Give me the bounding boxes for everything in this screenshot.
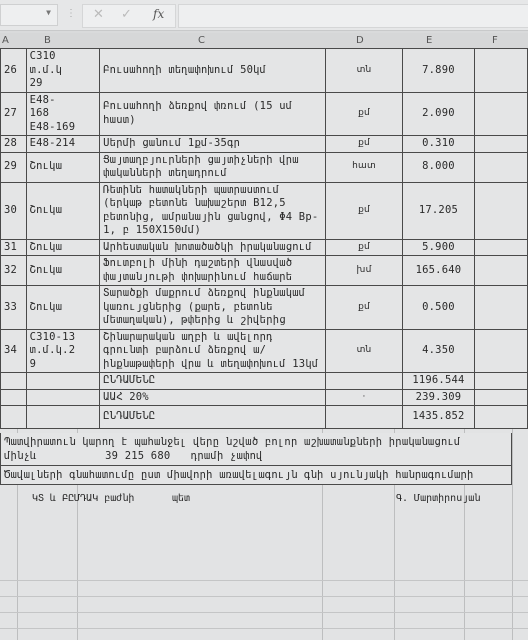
row-description[interactable]: Սերմի ցանում 1քմ-35գր — [100, 136, 326, 153]
table-row: 30ՇուկաՌետինե հատակների պատրաստում (երկա… — [1, 182, 528, 239]
column-header-d[interactable]: D — [356, 35, 364, 46]
total-row: ԸՆԴԱՄԵՆԸ1196.544 — [1, 373, 528, 390]
row-number[interactable]: 31 — [1, 239, 27, 256]
estimate-table: 26C310 տ.մ.կ 29Բուսահողի տեղափոխում 50կմ… — [0, 48, 528, 429]
row-number[interactable]: 29 — [1, 152, 27, 182]
note-line-3: Ծավալների գնահատումը ըստ միավորի առավելա… — [4, 468, 508, 482]
note-line-1: Պատվիրատուն կարող է պահանջել վերը նշված … — [4, 435, 508, 449]
total-row: ԸՆԴԱՄԵՆԸ1435.852 — [1, 406, 528, 429]
row-f-cell[interactable] — [474, 373, 527, 390]
row-description[interactable]: Ռետինե հատակների պատրաստում (երկաթ բետոն… — [100, 182, 326, 239]
formula-buttons: ✕ ✓ fx — [82, 4, 176, 28]
row-f-cell[interactable] — [474, 329, 527, 373]
row-f-cell[interactable] — [474, 286, 527, 330]
row-code[interactable]: Շուկա — [26, 182, 100, 239]
signature-name: Գ. Մարտիրոսյան — [396, 493, 480, 504]
row-f-cell[interactable] — [474, 256, 527, 286]
column-header-a[interactable]: A — [2, 35, 9, 46]
row-quantity[interactable]: 17.205 — [403, 182, 475, 239]
row-description[interactable]: Բուսահողի ձեռքով փռում (15 սմ հաստ) — [100, 92, 326, 136]
chevron-down-icon[interactable]: ▼ — [46, 8, 51, 17]
row-number[interactable]: 26 — [1, 49, 27, 93]
signature-department: ԿՏ և ԲԸՄԴԱԿ բաժնի — [32, 493, 134, 504]
notes: Պատվիրատուն կարող է պահանջել վերը նշված … — [0, 433, 512, 485]
row-unit[interactable]: քմ — [325, 182, 402, 239]
row-code[interactable]: E48-214 — [26, 136, 100, 153]
row-unit[interactable]: խմ — [325, 256, 402, 286]
row-code[interactable]: Շուկա — [26, 152, 100, 182]
signature-row: ԿՏ և ԲԸՄԴԱԿ բաժնի պետ Գ. Մարտիրոսյան — [0, 485, 512, 511]
total-row: ԱԱՀ 20%·239.309 — [1, 389, 528, 406]
row-unit[interactable]: տն — [325, 329, 402, 373]
note-line-2-prefix: մինչև — [4, 450, 37, 462]
row-f-cell[interactable] — [474, 182, 527, 239]
row-description[interactable]: Տարածքի մաքրում ձեռքով ինքնակամ կառույցն… — [100, 286, 326, 330]
table-row: 27E48- 168 E48-169Բուսահողի ձեռքով փռում… — [1, 92, 528, 136]
row-code[interactable]: Շուկա — [26, 286, 100, 330]
table-row: 31ՇուկաԱրհեստական խոտածածկի իրականացումք… — [1, 239, 528, 256]
total-label[interactable]: ԸՆԴԱՄԵՆԸ — [100, 406, 326, 429]
row-code[interactable]: Շուկա — [26, 256, 100, 286]
total-value[interactable]: 1435.852 — [403, 406, 475, 429]
cancel-icon[interactable]: ✕ — [93, 7, 104, 22]
name-box[interactable]: ▼ — [0, 4, 58, 26]
row-number[interactable]: 33 — [1, 286, 27, 330]
total-unit[interactable] — [325, 406, 402, 429]
row-number[interactable] — [1, 373, 27, 390]
row-unit[interactable]: քմ — [325, 92, 402, 136]
row-unit[interactable]: տն — [325, 49, 402, 93]
row-unit[interactable]: հատ — [325, 152, 402, 182]
row-f-cell[interactable] — [474, 406, 527, 429]
row-f-cell[interactable] — [474, 239, 527, 256]
row-quantity[interactable]: 2.090 — [403, 92, 475, 136]
row-f-cell[interactable] — [474, 152, 527, 182]
note-volume: Ծավալների գնահատումը ըստ միավորի առավելա… — [0, 466, 512, 485]
row-quantity[interactable]: 5.900 — [403, 239, 475, 256]
row-number[interactable] — [1, 406, 27, 429]
row-f-cell[interactable] — [474, 49, 527, 93]
row-f-cell[interactable] — [474, 92, 527, 136]
row-number[interactable]: 27 — [1, 92, 27, 136]
row-number[interactable]: 30 — [1, 182, 27, 239]
table-row: 28E48-214Սերմի ցանում 1քմ-35գրքմ0.310 — [1, 136, 528, 153]
column-header-b[interactable]: B — [44, 35, 51, 46]
row-description[interactable]: Բուսահողի տեղափոխում 50կմ — [100, 49, 326, 93]
row-quantity[interactable]: 7.890 — [403, 49, 475, 93]
table-row: 26C310 տ.մ.կ 29Բուսահողի տեղափոխում 50կմ… — [1, 49, 528, 93]
row-quantity[interactable]: 8.000 — [403, 152, 475, 182]
enter-icon[interactable]: ✓ — [121, 7, 132, 22]
row-code[interactable] — [26, 389, 100, 406]
note-currency: դրամի չափով — [191, 450, 263, 462]
row-unit[interactable]: քմ — [325, 136, 402, 153]
row-quantity[interactable]: 165.640 — [403, 256, 475, 286]
separator-icon: ⋮ — [66, 8, 76, 19]
note-amount: 39 215 680 — [105, 450, 170, 462]
row-description[interactable]: Շինարարական աղբի և ավելորդ գրունտի բարձո… — [100, 329, 326, 373]
table-row: 29ՇուկաՑայտաղբյուրների ցայտիչների վրա փա… — [1, 152, 528, 182]
row-code[interactable]: C310 տ.մ.կ 29 — [26, 49, 100, 93]
row-code[interactable]: Շուկա — [26, 239, 100, 256]
row-number[interactable] — [1, 389, 27, 406]
row-description[interactable]: Արհեստական խոտածածկի իրականացում — [100, 239, 326, 256]
note-authority: Պատվիրատուն կարող է պահանջել վերը նշված … — [0, 433, 512, 466]
row-number[interactable]: 34 — [1, 329, 27, 373]
spreadsheet-grid[interactable]: 26C310 տ.մ.կ 29Բուսահողի տեղափոխում 50կմ… — [0, 48, 528, 640]
row-code[interactable] — [26, 373, 100, 390]
total-unit[interactable]: · — [325, 389, 402, 406]
row-f-cell[interactable] — [474, 136, 527, 153]
row-description[interactable]: Ցայտաղբյուրների ցայտիչների վրա փականների… — [100, 152, 326, 182]
table-row: 33ՇուկաՏարածքի մաքրում ձեռքով ինքնակամ կ… — [1, 286, 528, 330]
column-headers: A B C D E F — [0, 33, 528, 48]
table-row: 34C310-13 տ.մ.կ.2 9Շինարարական աղբի և ավ… — [1, 329, 528, 373]
total-value[interactable]: 1196.544 — [403, 373, 475, 390]
total-label[interactable]: ԱԱՀ 20% — [100, 389, 326, 406]
row-f-cell[interactable] — [474, 389, 527, 406]
formula-bar: ▼ ⋮ ✕ ✓ fx — [0, 0, 528, 31]
row-code[interactable]: C310-13 տ.մ.կ.2 9 — [26, 329, 100, 373]
total-unit[interactable] — [325, 373, 402, 390]
row-unit[interactable]: քմ — [325, 286, 402, 330]
row-code[interactable]: E48- 168 E48-169 — [26, 92, 100, 136]
row-number[interactable]: 32 — [1, 256, 27, 286]
signature-title: պետ — [172, 493, 190, 504]
function-icon[interactable]: fx — [153, 7, 164, 21]
row-quantity[interactable]: 4.350 — [403, 329, 475, 373]
table-row: 32ՇուկաՖուտբոլի մինի դաշտերի վնասված փայ… — [1, 256, 528, 286]
column-header-f[interactable]: F — [492, 35, 498, 46]
row-quantity[interactable]: 0.310 — [403, 136, 475, 153]
row-number[interactable]: 28 — [1, 136, 27, 153]
column-header-c[interactable]: C — [198, 35, 205, 46]
row-quantity[interactable]: 0.500 — [403, 286, 475, 330]
total-value[interactable]: 239.309 — [403, 389, 475, 406]
column-header-e[interactable]: E — [426, 35, 432, 46]
row-code[interactable] — [26, 406, 100, 429]
row-unit[interactable]: քմ — [325, 239, 402, 256]
row-description[interactable]: Ֆուտբոլի մինի դաշտերի վնասված փայտանյութ… — [100, 256, 326, 286]
formula-input[interactable] — [178, 4, 528, 28]
total-label[interactable]: ԸՆԴԱՄԵՆԸ — [100, 373, 326, 390]
